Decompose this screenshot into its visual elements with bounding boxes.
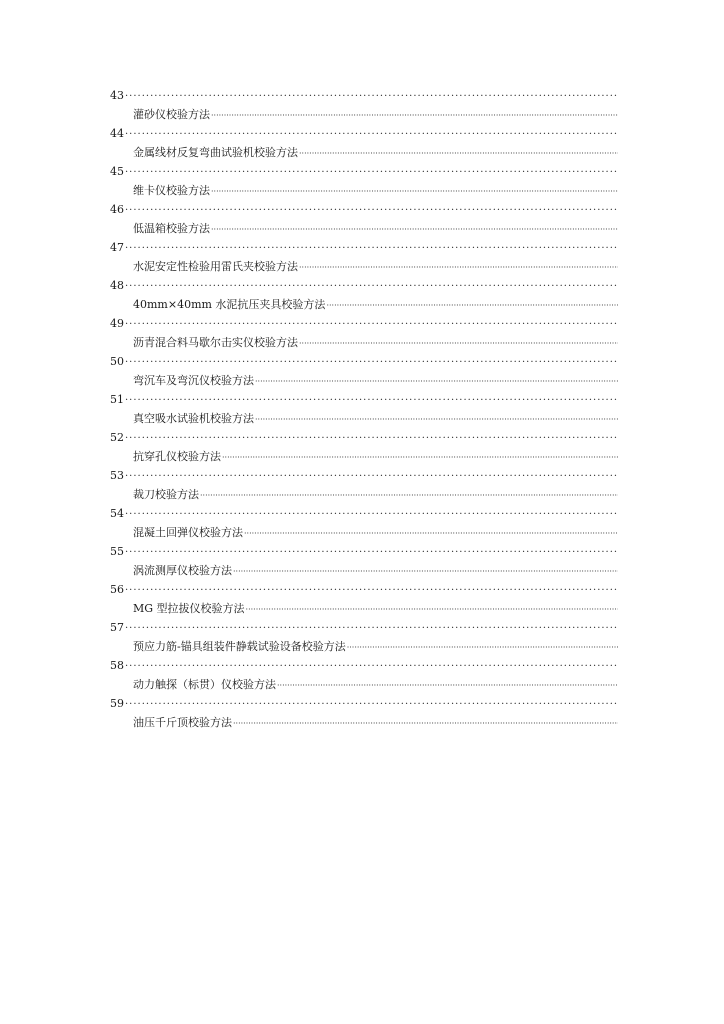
toc-title: 低温箱校验方法 [133, 219, 210, 238]
toc-title: 金属线材反复弯曲试验机校验方法 [133, 143, 298, 162]
toc-title: 灌砂仪校验方法 [133, 105, 210, 124]
toc-number: 56 [110, 580, 124, 599]
toc-number-row[interactable]: 57 [110, 618, 618, 637]
toc-number-row[interactable]: 48 [110, 276, 618, 295]
toc-number-row[interactable]: 51 [110, 390, 618, 409]
toc-number-row[interactable]: 53 [110, 466, 618, 485]
dot-leader [244, 524, 618, 542]
toc-title-row[interactable]: 混凝土回弹仪校验方法 [110, 523, 618, 542]
toc-title-row[interactable]: 金属线材反复弯曲试验机校验方法 [110, 143, 618, 162]
dot-leader [200, 486, 618, 504]
toc-title: 混凝土回弹仪校验方法 [133, 523, 243, 542]
toc-number-row[interactable]: 44 [110, 124, 618, 143]
toc-title: 涡流测厚仪校验方法 [133, 561, 232, 580]
dot-leader [233, 714, 618, 732]
dot-leader [125, 353, 618, 371]
toc-number: 54 [110, 504, 124, 523]
dot-leader [211, 220, 618, 238]
dot-leader [125, 87, 618, 105]
dot-leader [299, 144, 618, 162]
toc-number-row[interactable]: 52 [110, 428, 618, 447]
toc-title-row[interactable]: 40mm×40mm 水泥抗压夹具校验方法 [110, 295, 618, 314]
toc-number-row[interactable]: 50 [110, 352, 618, 371]
toc-number-row[interactable]: 49 [110, 314, 618, 333]
toc-number: 59 [110, 694, 124, 713]
toc-number-row[interactable]: 43 [110, 86, 618, 105]
toc-title: 40mm×40mm 水泥抗压夹具校验方法 [133, 295, 325, 314]
dot-leader [125, 695, 618, 713]
toc-title: 预应力筋-锚具组装件静载试验设备校验方法 [133, 637, 346, 656]
dot-leader [125, 543, 618, 561]
toc-title-row[interactable]: 低温箱校验方法 [110, 219, 618, 238]
toc-title: 真空吸水试验机校验方法 [133, 409, 254, 428]
toc-number: 51 [110, 390, 124, 409]
toc-title: 维卡仪校验方法 [133, 181, 210, 200]
toc-title-row[interactable]: 预应力筋-锚具组装件静载试验设备校验方法 [110, 637, 618, 656]
toc-title: 抗穿孔仪校验方法 [133, 447, 221, 466]
toc-number: 52 [110, 428, 124, 447]
dot-leader [211, 182, 618, 200]
toc-number-row[interactable]: 47 [110, 238, 618, 257]
dot-leader [125, 163, 618, 181]
toc-number: 50 [110, 352, 124, 371]
toc-number-row[interactable]: 56 [110, 580, 618, 599]
toc-title-row[interactable]: 维卡仪校验方法 [110, 181, 618, 200]
toc-number: 53 [110, 466, 124, 485]
table-of-contents: 43 灌砂仪校验方法 44 金属线材反复弯曲试验机校验方法 45 维卡仪校验方法… [110, 86, 618, 732]
toc-title-row[interactable]: 弯沉车及弯沉仪校验方法 [110, 371, 618, 390]
toc-title: MG 型拉拔仪校验方法 [133, 599, 245, 618]
toc-title: 裁刀校验方法 [133, 485, 199, 504]
dot-leader [211, 106, 618, 124]
dot-leader [125, 581, 618, 599]
dot-leader [125, 201, 618, 219]
dot-leader [277, 676, 618, 694]
toc-title: 油压千斤顶校验方法 [133, 713, 232, 732]
toc-number-row[interactable]: 55 [110, 542, 618, 561]
toc-number: 57 [110, 618, 124, 637]
toc-title-row[interactable]: 动力触探（标贯）仪校验方法 [110, 675, 618, 694]
dot-leader [125, 505, 618, 523]
toc-number: 48 [110, 276, 124, 295]
toc-number: 45 [110, 162, 124, 181]
dot-leader [125, 277, 618, 295]
dot-leader [246, 600, 618, 618]
toc-title: 水泥安定性检验用雷氏夹校验方法 [133, 257, 298, 276]
toc-title: 动力触探（标贯）仪校验方法 [133, 675, 276, 694]
dot-leader [255, 410, 618, 428]
dot-leader [233, 562, 618, 580]
toc-title-row[interactable]: 油压千斤顶校验方法 [110, 713, 618, 732]
dot-leader [125, 467, 618, 485]
dot-leader [125, 315, 618, 333]
toc-title: 沥青混合料马歇尔击实仪校验方法 [133, 333, 298, 352]
toc-number: 55 [110, 542, 124, 561]
toc-title: 弯沉车及弯沉仪校验方法 [133, 371, 254, 390]
toc-number: 49 [110, 314, 124, 333]
toc-number: 44 [110, 124, 124, 143]
toc-title-row[interactable]: 裁刀校验方法 [110, 485, 618, 504]
toc-number-row[interactable]: 58 [110, 656, 618, 675]
dot-leader [125, 657, 618, 675]
toc-number-row[interactable]: 59 [110, 694, 618, 713]
toc-number: 58 [110, 656, 124, 675]
dot-leader [326, 296, 618, 314]
toc-number: 43 [110, 86, 124, 105]
dot-leader [125, 391, 618, 409]
dot-leader [125, 619, 618, 637]
dot-leader [299, 258, 618, 276]
toc-title-row[interactable]: 真空吸水试验机校验方法 [110, 409, 618, 428]
toc-number: 46 [110, 200, 124, 219]
dot-leader [125, 239, 618, 257]
toc-number: 47 [110, 238, 124, 257]
dot-leader [299, 334, 618, 352]
toc-title-row[interactable]: 涡流测厚仪校验方法 [110, 561, 618, 580]
toc-number-row[interactable]: 45 [110, 162, 618, 181]
dot-leader [222, 448, 618, 466]
toc-number-row[interactable]: 46 [110, 200, 618, 219]
toc-title-row[interactable]: MG 型拉拔仪校验方法 [110, 599, 618, 618]
dot-leader [125, 125, 618, 143]
toc-title-row[interactable]: 抗穿孔仪校验方法 [110, 447, 618, 466]
toc-title-row[interactable]: 灌砂仪校验方法 [110, 105, 618, 124]
dot-leader [255, 372, 618, 390]
dot-leader [347, 638, 618, 656]
toc-title-row[interactable]: 沥青混合料马歇尔击实仪校验方法 [110, 333, 618, 352]
dot-leader [125, 429, 618, 447]
toc-number-row[interactable]: 54 [110, 504, 618, 523]
toc-title-row[interactable]: 水泥安定性检验用雷氏夹校验方法 [110, 257, 618, 276]
